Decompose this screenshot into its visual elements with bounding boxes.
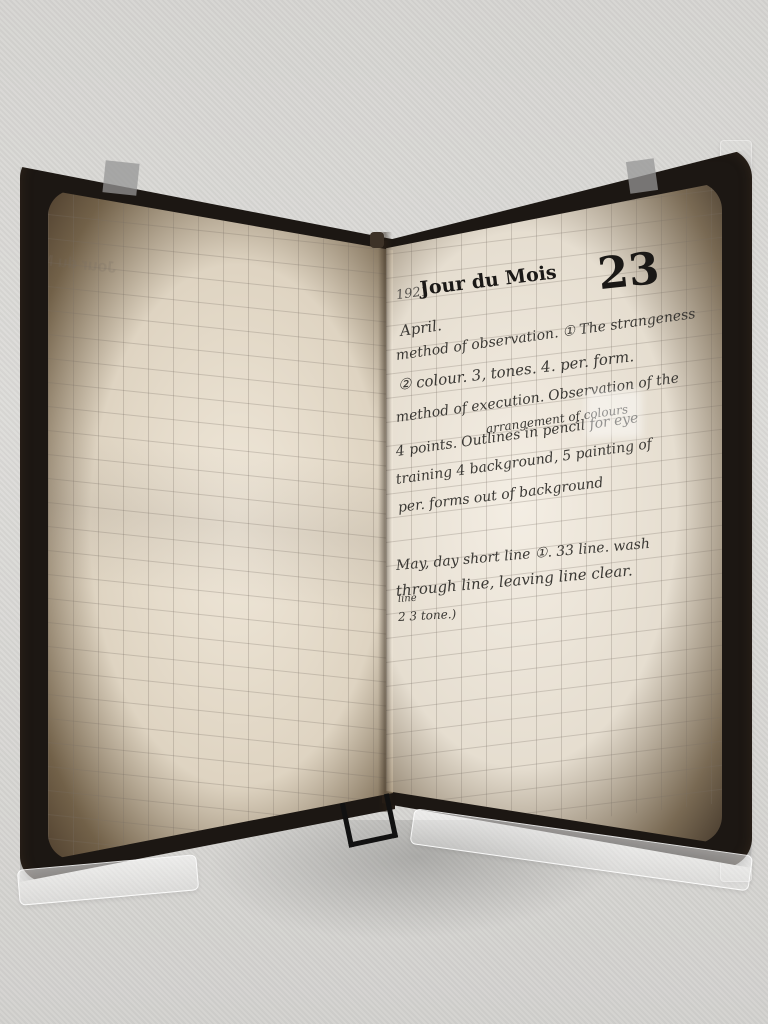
day-number: 23 <box>596 243 662 300</box>
printed-title: Jour du Mois <box>419 261 558 300</box>
light-glare <box>586 390 642 438</box>
tape-strip-left <box>102 160 139 195</box>
spine-clasp <box>370 232 384 248</box>
photo-scene: Jour du Mois 22 1921 Jour du Mois 23 Apr… <box>0 0 768 1024</box>
page-header: 1921 Jour du Mois 23 <box>386 182 722 844</box>
gutter-shadow <box>378 232 392 812</box>
handwriting-line: line <box>398 593 417 605</box>
tape-strip-right <box>626 158 658 194</box>
diary-page-right: 1921 Jour du Mois 23 April. method of ob… <box>386 182 722 844</box>
diary-page-left: Jour du Mois 22 <box>48 190 393 860</box>
